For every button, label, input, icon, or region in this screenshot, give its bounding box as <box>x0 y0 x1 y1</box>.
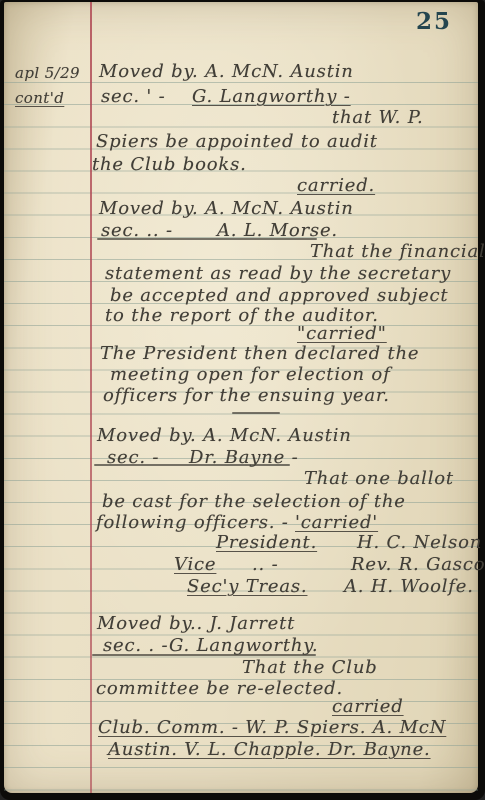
handwritten-line: the Club books. <box>92 155 247 175</box>
handwritten-line: A. H. Woolfe. <box>344 577 474 597</box>
handwritten-line: Spiers be appointed to audit <box>96 132 378 152</box>
handwritten-line: That the financial <box>310 242 485 262</box>
handwritten-line: meeting open for election of <box>110 365 391 385</box>
handwritten-line: officers for the ensuing year. <box>103 386 390 406</box>
handwritten-line: Moved by. A. McN. Austin <box>99 62 354 82</box>
handwritten-line: carried. <box>297 176 375 196</box>
margin-note: apl 5/29 <box>15 63 80 83</box>
handwritten-line: Club. Comm. - W. P. Spiers. A. McN <box>98 718 446 738</box>
handwritten-line: .. - <box>252 555 278 575</box>
handwritten-line: That the Club <box>242 658 378 678</box>
scanned-minute-book-page: 25 apl 5/29cont'dMoved by. A. McN. Austi… <box>0 0 485 800</box>
ledger-paper: 25 apl 5/29cont'dMoved by. A. McN. Austi… <box>4 2 478 793</box>
handwritten-line: That one ballot <box>304 469 454 489</box>
handwritten-line: Moved by. A. McN. Austin <box>97 426 352 446</box>
handwritten-line: carried <box>332 697 404 717</box>
handwritten-line: Moved by. A. McN. Austin <box>99 199 354 219</box>
handwritten-line: Sec'y Treas. <box>187 577 307 597</box>
handwritten-line: G. Langworthy. <box>169 636 318 656</box>
handwritten-line: "carried" <box>297 324 387 344</box>
handwritten-line: 'carried' <box>295 513 378 533</box>
ink-underline-rule <box>92 654 316 656</box>
handwritten-line: Rev. R. Gascon <box>351 555 485 575</box>
handwritten-line: statement as read by the secretary <box>105 264 451 284</box>
ink-underline-rule <box>232 412 280 414</box>
handwritten-line: committee be re-elected. <box>96 679 343 699</box>
handwritten-line: be cast for the selection of the <box>102 492 406 512</box>
handwritten-line: following officers. - <box>96 513 289 533</box>
handwritten-line: be accepted and approved subject <box>110 286 448 306</box>
ink-underline-rule <box>94 464 290 466</box>
handwritten-line: H. C. Nelson <box>357 533 482 553</box>
handwritten-line: G. Langworthy - <box>192 87 351 107</box>
handwritten-line: President. <box>216 533 317 553</box>
ink-underline-rule <box>97 238 317 240</box>
ink-layer: apl 5/29cont'dMoved by. A. McN. Austinse… <box>4 2 478 793</box>
handwritten-line: sec. ' - <box>101 87 166 107</box>
margin-note: cont'd <box>15 88 64 108</box>
handwritten-line: Vice <box>174 555 216 575</box>
handwritten-line: sec. . - <box>103 636 168 656</box>
handwritten-line: The President then declared the <box>100 344 419 364</box>
handwritten-line: Moved by.. J. Jarrett <box>97 614 295 634</box>
handwritten-line: Austin. V. L. Chapple. Dr. Bayne. <box>108 740 431 760</box>
handwritten-line: that W. P. <box>332 108 424 128</box>
